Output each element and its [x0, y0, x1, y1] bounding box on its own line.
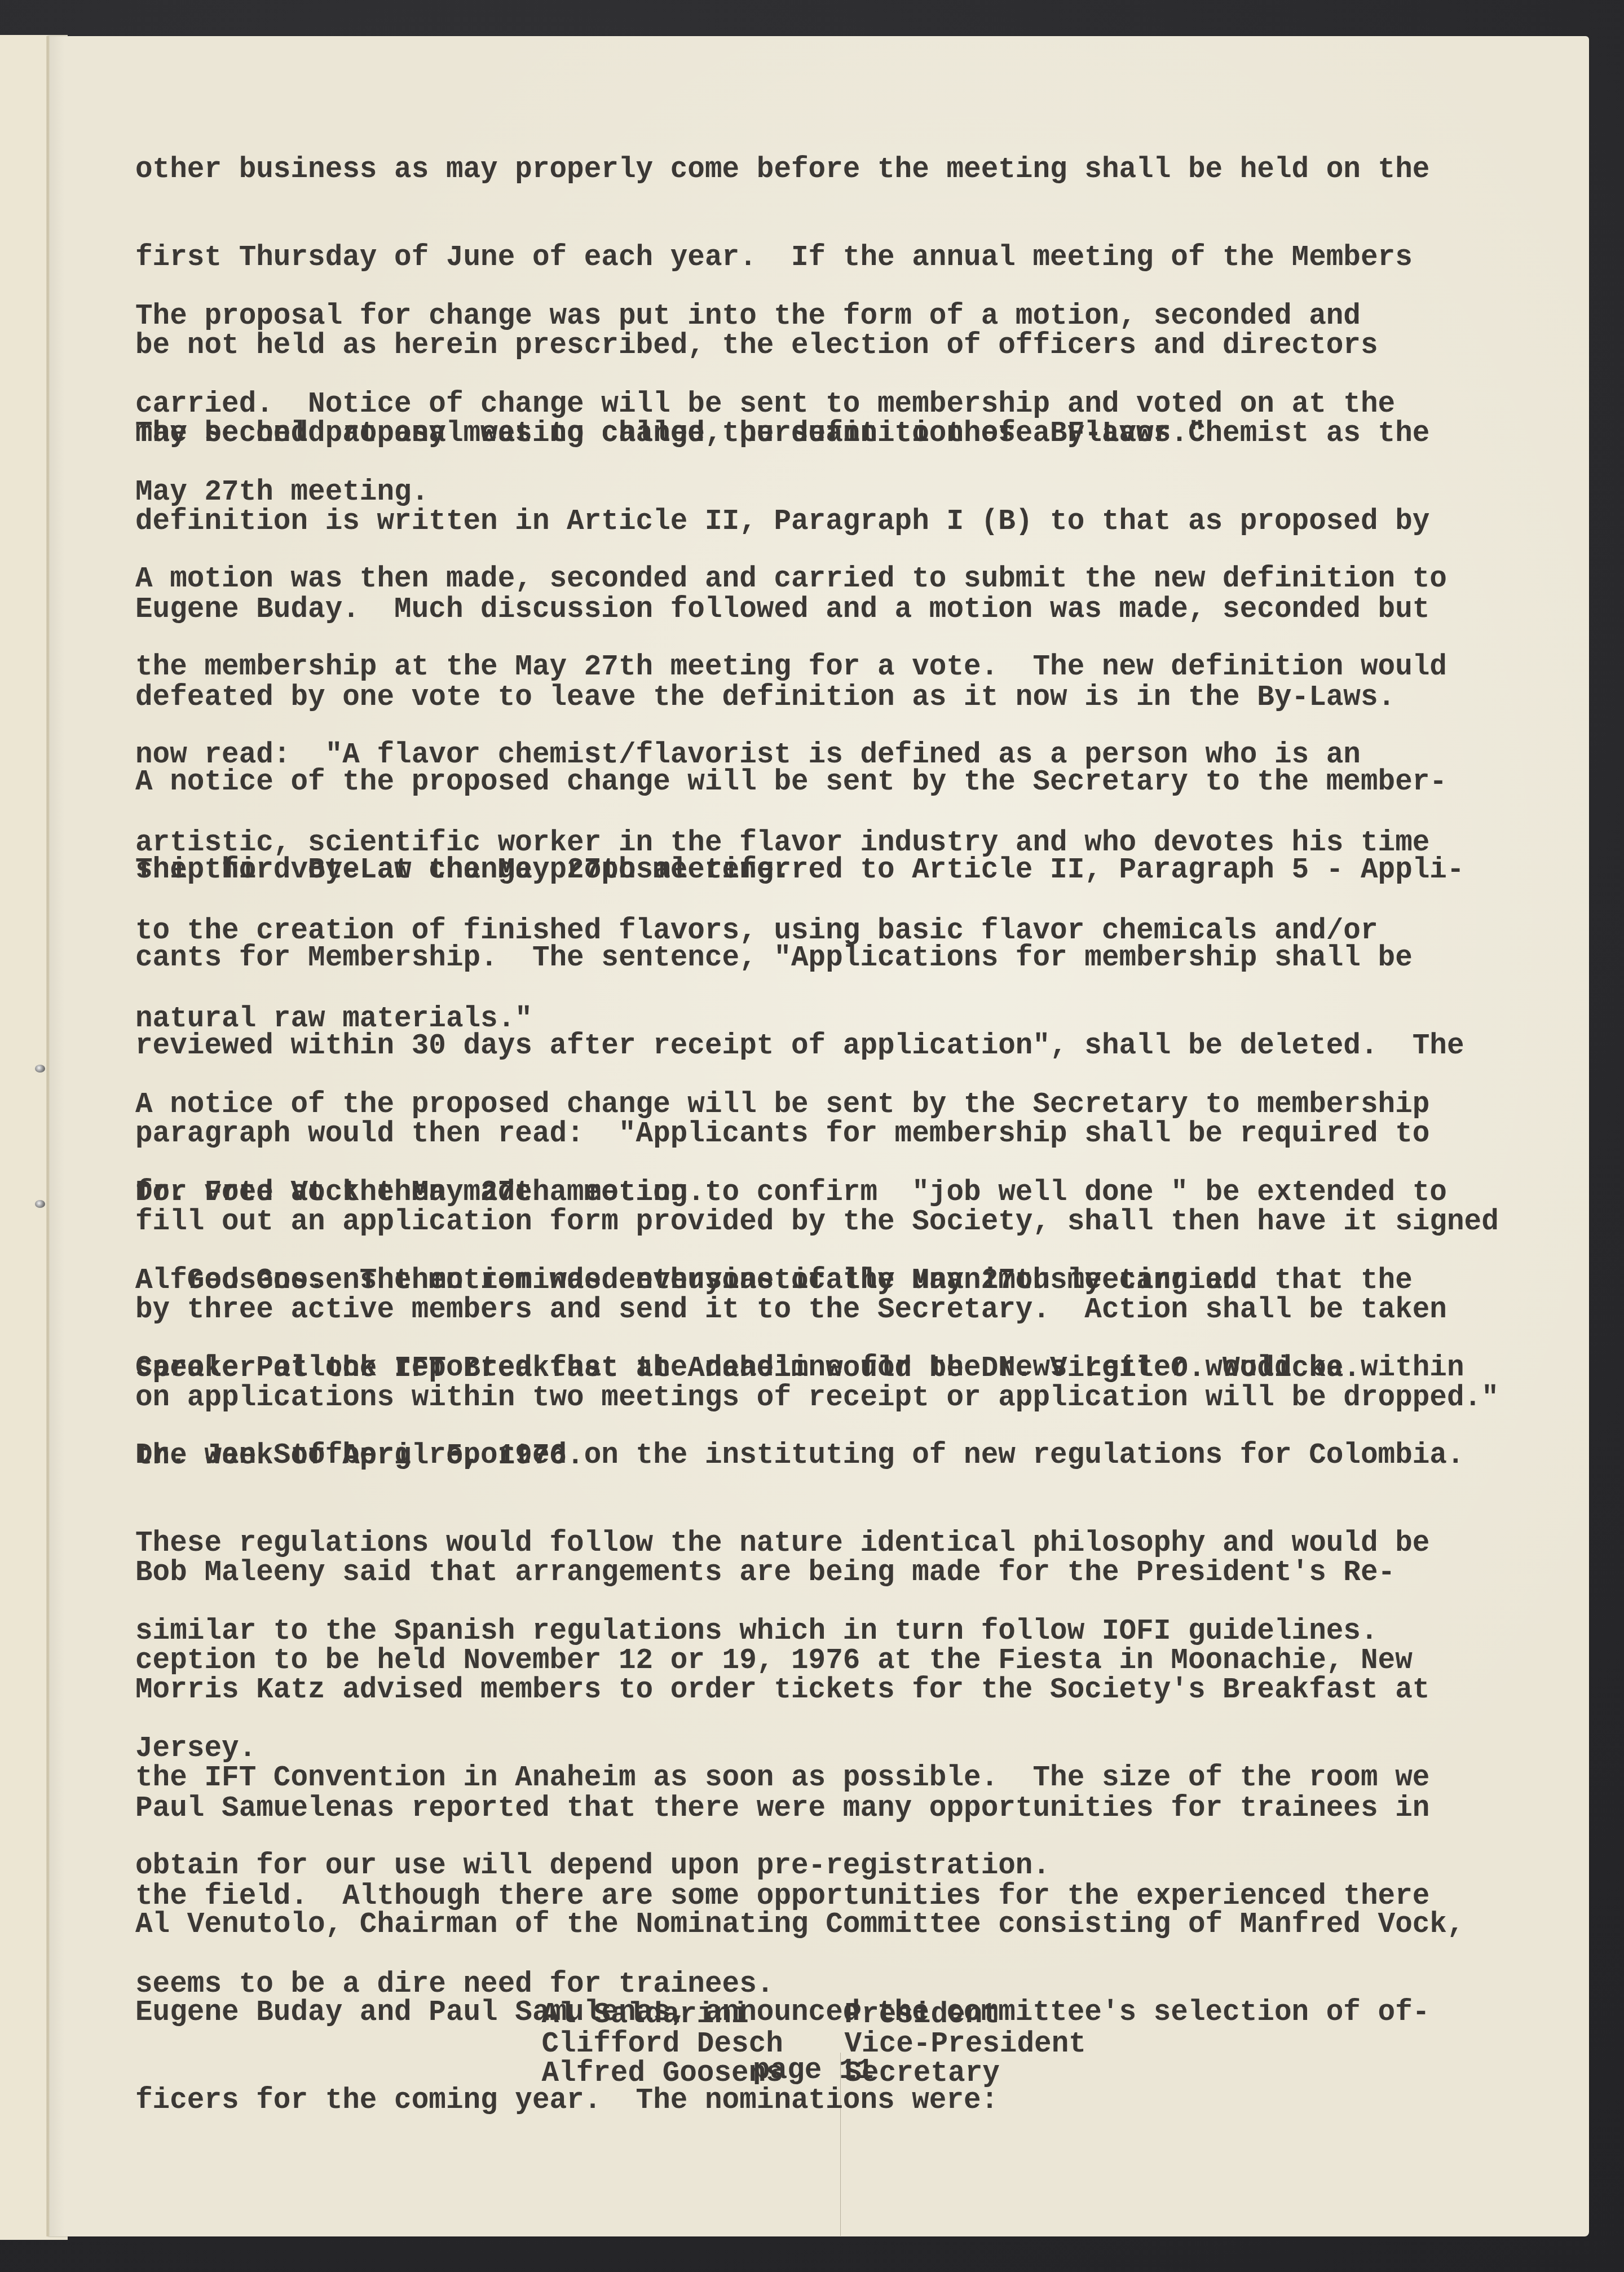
text-line: Morris Katz advised members to order tic… [135, 1676, 1429, 1705]
text-line: Carole Pollock reported that the deadlin… [135, 1354, 1464, 1383]
text-line: Bob Maleeny said that arrangements are b… [135, 1559, 1413, 1588]
text-line: Alfred Goosens then reminded everyone of… [135, 1267, 1413, 1296]
typewritten-text: other business as may properly come befo… [0, 0, 1624, 2272]
text-line: The third By-Law change proposal referre… [135, 856, 1499, 885]
text-line: The second proposal was to change the de… [135, 420, 1429, 449]
text-line: Dr. Jan Stofberg reported on the institu… [135, 1441, 1464, 1471]
text-line: the membership at the May 27th meeting f… [135, 653, 1447, 682]
text-line: A notice of the proposed change will be … [135, 768, 1447, 797]
text-line: A notice of the proposed change will be … [135, 1091, 1429, 1120]
text-line: Paul Samuelenas reported that there were… [135, 1794, 1429, 1824]
page-number: page 11 [753, 2057, 873, 2086]
nomination-row: Alfred GoosensSecretary [473, 2030, 1000, 2118]
text-line: Al Venutolo, Chairman of the Nominating … [135, 1911, 1464, 1940]
text-line: The proposal for change was put into the… [135, 302, 1395, 332]
text-line: A motion was then made, seconded and car… [135, 565, 1447, 594]
text-line: other business as may properly come befo… [135, 156, 1429, 185]
text-line: Dr. Fred Vock then made a motion to conf… [135, 1179, 1447, 1208]
text-line: cants for Membership. The sentence, "App… [135, 944, 1499, 973]
